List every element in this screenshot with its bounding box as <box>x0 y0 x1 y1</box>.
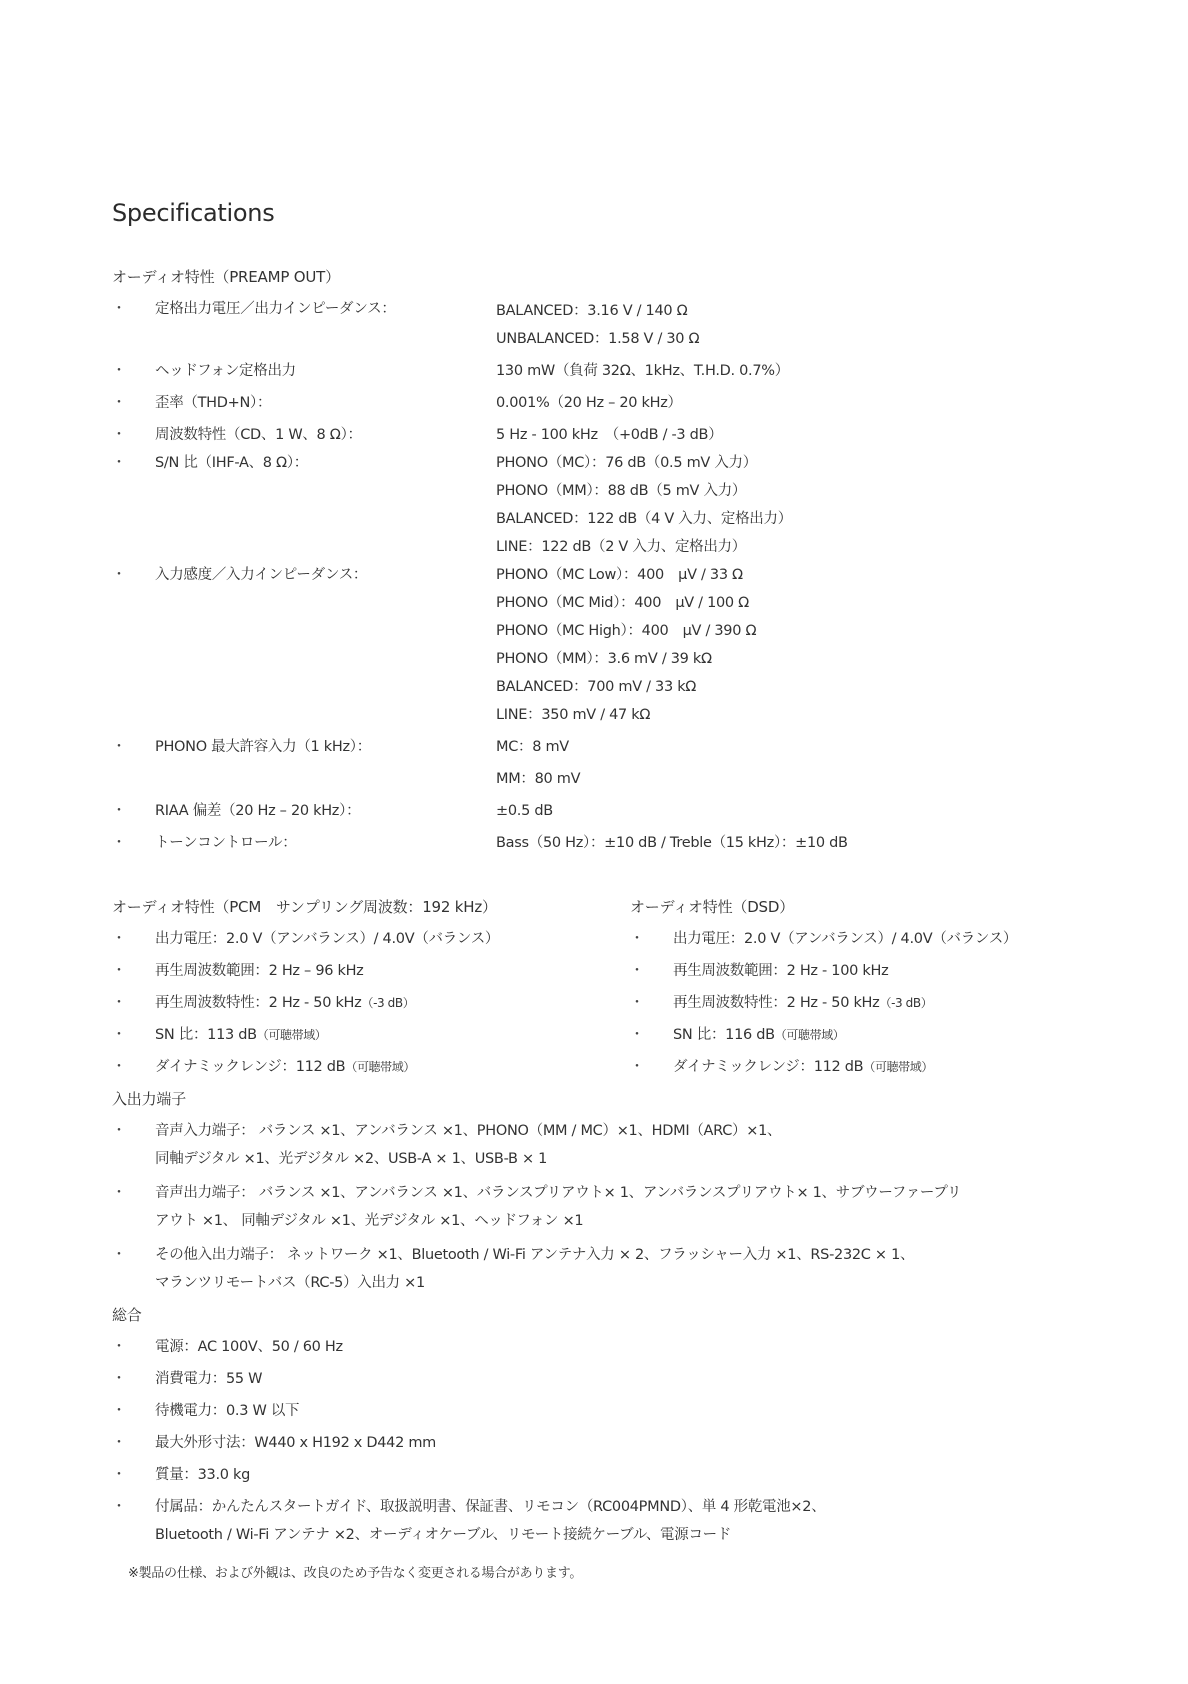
bullet: ・ <box>112 928 126 950</box>
general-power-consumption: 消費電力：55 W <box>155 1368 262 1390</box>
bullet: ・ <box>112 1120 126 1142</box>
bullet: ・ <box>112 1056 126 1078</box>
bullet: ・ <box>112 360 126 382</box>
spec-suffix: （可聴帯域） <box>775 1028 845 1042</box>
spec-value: ±0.5 dB <box>496 800 553 822</box>
section-heading-general: 総合 <box>112 1304 142 1326</box>
bullet: ・ <box>112 1182 126 1204</box>
spec-label-rated-output: 定格出力電圧／出力インピーダンス： <box>155 298 396 320</box>
bullet: ・ <box>630 928 644 950</box>
bullet: ・ <box>112 1336 126 1358</box>
spec-label-riaa: RIAA 偏差（20 Hz – 20 kHz）： <box>155 800 360 822</box>
bullet: ・ <box>112 298 126 320</box>
io-audio-output-line1: 音声出力端子： バランス ×1、アンバランス ×1、バランスプリアウト× 1、ア… <box>155 1182 961 1204</box>
footnote: ※製品の仕様、および外観は、改良のため予告なく変更される場合があります。 <box>128 1564 582 1584</box>
general-weight: 質量：33.0 kg <box>155 1464 250 1486</box>
bullet: ・ <box>112 452 126 474</box>
dsd-output-voltage: 出力電圧：2.0 V（アンバランス）/ 4.0V（バランス） <box>673 928 1017 950</box>
spec-suffix: （可聴帯域） <box>345 1060 415 1074</box>
bullet: ・ <box>630 1024 644 1046</box>
spec-text: 再生周波数特性：2 Hz - 50 kHz <box>673 995 879 1011</box>
spec-label-snr: S/N 比（IHF-A、8 Ω）： <box>155 452 308 474</box>
spec-value: Bass（50 Hz）：±10 dB / Treble（15 kHz）：±10 … <box>496 832 848 854</box>
page-title: Specifications <box>112 196 274 230</box>
spec-value: BALANCED：3.16 V / 140 Ω <box>496 300 687 322</box>
dsd-frequency-response: 再生周波数特性：2 Hz - 50 kHz（-3 dB） <box>673 992 932 1014</box>
general-accessories-line2: Bluetooth / Wi-Fi アンテナ ×2、オーディオケーブル、リモート… <box>155 1524 731 1546</box>
spec-value: PHONO（MC Mid）：400 μV / 100 Ω <box>496 592 749 614</box>
spec-text: 再生周波数範囲：2 Hz – 96 kHz <box>155 963 364 979</box>
spec-text: 出力電圧：2.0 V（アンバランス）/ 4.0V（バランス） <box>155 931 499 947</box>
spec-label-phono-max-input: PHONO 最大許容入力（1 kHz）： <box>155 736 371 758</box>
spec-page: Specifications オーディオ特性（PREAMP OUT） ・ 定格出… <box>0 0 1188 1684</box>
bullet: ・ <box>112 736 126 758</box>
bullet: ・ <box>112 564 126 586</box>
general-dimensions: 最大外形寸法：W440 x H192 x D442 mm <box>155 1432 436 1454</box>
spec-suffix: （可聴帯域） <box>863 1060 933 1074</box>
spec-text: 再生周波数特性：2 Hz - 50 kHz <box>155 995 361 1011</box>
bullet: ・ <box>112 1432 126 1454</box>
spec-label-tone-control: トーンコントロール： <box>155 832 296 854</box>
spec-label-headphone-output: ヘッドフォン定格出力 <box>155 360 296 382</box>
spec-value: PHONO（MM）：88 dB（5 mV 入力） <box>496 480 746 502</box>
bullet: ・ <box>112 1464 126 1486</box>
spec-value: PHONO（MM）：3.6 mV / 39 kΩ <box>496 648 712 670</box>
dsd-snr: SN 比：116 dB（可聴帯域） <box>673 1024 844 1046</box>
bullet: ・ <box>112 1496 126 1518</box>
spec-label-input-sensitivity: 入力感度／入力インピーダンス： <box>155 564 367 586</box>
section-heading-dsd: オーディオ特性（DSD） <box>630 896 794 918</box>
spec-value: 5 Hz - 100 kHz （+0dB / -3 dB） <box>496 424 722 446</box>
spec-text: ダイナミックレンジ：112 dB <box>673 1059 863 1075</box>
bullet: ・ <box>112 832 126 854</box>
dsd-dynamic-range: ダイナミックレンジ：112 dB（可聴帯域） <box>673 1056 933 1078</box>
spec-value: MM：80 mV <box>496 768 580 790</box>
spec-value: UNBALANCED：1.58 V / 30 Ω <box>496 328 699 350</box>
spec-suffix: （-3 dB） <box>879 996 932 1010</box>
bullet: ・ <box>112 1400 126 1422</box>
spec-value: PHONO（MC High）：400 μV / 390 Ω <box>496 620 756 642</box>
bullet: ・ <box>630 992 644 1014</box>
io-other-line2: マランツリモートバス（RC-5）入出力 ×1 <box>155 1272 425 1294</box>
pcm-output-voltage: 出力電圧：2.0 V（アンバランス）/ 4.0V（バランス） <box>155 928 499 950</box>
bullet: ・ <box>112 992 126 1014</box>
dsd-frequency-range: 再生周波数範囲：2 Hz - 100 kHz <box>673 960 888 982</box>
spec-suffix: （可聴帯域） <box>257 1028 327 1042</box>
pcm-snr: SN 比：113 dB（可聴帯域） <box>155 1024 326 1046</box>
spec-text: SN 比：113 dB <box>155 1027 257 1043</box>
bullet: ・ <box>112 1244 126 1266</box>
spec-value: 130 mW（負荷 32Ω、1kHz、T.H.D. 0.7%） <box>496 360 789 382</box>
bullet: ・ <box>112 800 126 822</box>
spec-value: LINE：350 mV / 47 kΩ <box>496 704 650 726</box>
spec-text: 出力電圧：2.0 V（アンバランス）/ 4.0V（バランス） <box>673 931 1017 947</box>
pcm-frequency-response: 再生周波数特性：2 Hz - 50 kHz（-3 dB） <box>155 992 414 1014</box>
bullet: ・ <box>630 960 644 982</box>
bullet: ・ <box>112 1368 126 1390</box>
spec-value: BALANCED：700 mV / 33 kΩ <box>496 676 696 698</box>
io-other-line1: その他入出力端子： ネットワーク ×1、Bluetooth / Wi-Fi アン… <box>155 1244 914 1266</box>
spec-value: PHONO（MC）：76 dB（0.5 mV 入力） <box>496 452 757 474</box>
spec-text: ダイナミックレンジ：112 dB <box>155 1059 345 1075</box>
spec-value: LINE：122 dB（2 V 入力、定格出力） <box>496 536 746 558</box>
spec-text: 再生周波数範囲：2 Hz - 100 kHz <box>673 963 888 979</box>
section-heading-preamp: オーディオ特性（PREAMP OUT） <box>112 266 340 288</box>
general-accessories-line1: 付属品：かんたんスタートガイド、取扱説明書、保証書、リモコン（RC004PMND… <box>155 1496 825 1518</box>
pcm-frequency-range: 再生周波数範囲：2 Hz – 96 kHz <box>155 960 364 982</box>
pcm-dynamic-range: ダイナミックレンジ：112 dB（可聴帯域） <box>155 1056 415 1078</box>
io-audio-input-line1: 音声入力端子： バランス ×1、アンバランス ×1、PHONO（MM / MC）… <box>155 1120 781 1142</box>
spec-text: SN 比：116 dB <box>673 1027 775 1043</box>
bullet: ・ <box>112 960 126 982</box>
spec-value: BALANCED：122 dB（4 V 入力、定格出力） <box>496 508 792 530</box>
spec-label-thd: 歪率（THD+N）： <box>155 392 271 414</box>
bullet: ・ <box>630 1056 644 1078</box>
section-heading-pcm: オーディオ特性（PCM サンプリング周波数：192 kHz） <box>112 896 497 918</box>
spec-value: PHONO（MC Low）：400 μV / 33 Ω <box>496 564 743 586</box>
spec-value: MC：8 mV <box>496 736 569 758</box>
bullet: ・ <box>112 392 126 414</box>
spec-label-frequency-response: 周波数特性（CD、1 W、8 Ω）： <box>155 424 362 446</box>
bullet: ・ <box>112 424 126 446</box>
spec-suffix: （-3 dB） <box>361 996 414 1010</box>
spec-value: 0.001%（20 Hz – 20 kHz） <box>496 392 682 414</box>
section-heading-io: 入出力端子 <box>112 1088 186 1110</box>
io-audio-output-line2: アウト ×1、 同軸デジタル ×1、光デジタル ×1、ヘッドフォン ×1 <box>155 1210 583 1232</box>
general-standby-power: 待機電力：0.3 W 以下 <box>155 1400 299 1422</box>
io-audio-input-line2: 同軸デジタル ×1、光デジタル ×2、USB-A × 1、USB-B × 1 <box>155 1148 547 1170</box>
bullet: ・ <box>112 1024 126 1046</box>
general-power-supply: 電源：AC 100V、50 / 60 Hz <box>155 1336 343 1358</box>
